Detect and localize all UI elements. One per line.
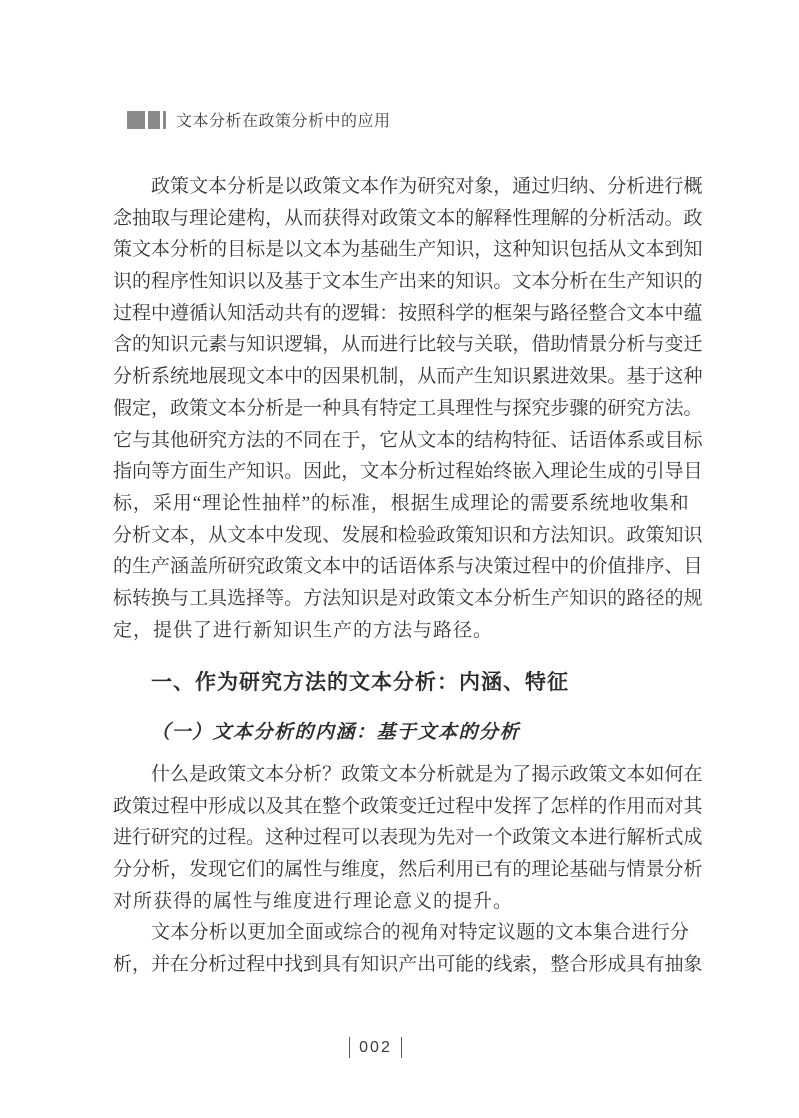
text-line: 定，提供了进行新知识生产的方法与路径。 [113, 615, 689, 647]
running-head-title: 文本分析在政策分析中的应用 [176, 108, 391, 131]
text-line: 对所获得的属性与维度进行理论意义的提升。 [113, 886, 689, 918]
text-line: 标转换与工具选择等。方法知识是对政策文本分析生产知识的路径的规 [113, 583, 689, 615]
page-number: 002 [359, 1039, 392, 1057]
paragraph-3: 文本分析以更加全面或综合的视角对特定议题的文本集合进行分 析，并在分析过程中找到… [113, 917, 689, 980]
text-line: 标，采用“理论性抽样”的标准，根据生成理论的需要系统地收集和 [113, 488, 689, 520]
text-line: 假定，政策文本分析是一种具有特定工具理性与探究步骤的研究方法。 [113, 393, 689, 425]
text-line: 识的程序性知识以及基于文本生产出来的知识。文本分析在生产知识的 [113, 266, 689, 298]
footer-rule-left [349, 1037, 351, 1058]
text-line: 念抽取与理论建构，从而获得对政策文本的解释性理解的分析活动。政 [113, 203, 689, 235]
paragraph-2: 什么是政策文本分析？政策文本分析就是为了揭示政策文本如何在 政策过程中形成以及其… [113, 759, 689, 917]
subsection-heading: （一）文本分析的内涵：基于文本的分析 [113, 717, 727, 744]
footer-rule-right [401, 1037, 403, 1058]
text-line: 含的知识元素与知识逻辑，从而进行比较与关联，借助情景分析与变迁 [113, 329, 689, 361]
section-heading: 一、作为研究方法的文本分析：内涵、特征 [113, 666, 727, 696]
header-small-square-icon [148, 111, 160, 129]
text-line: 分分析，发现它们的属性与维度，然后利用已有的理论基础与情景分析 [113, 854, 689, 886]
text-line: 分析系统地展现文本中的因果机制，从而产生知识累进效果。基于这种 [113, 361, 689, 393]
header-bar-icon [163, 111, 166, 129]
text-line: 过程中遵循认知活动共有的逻辑：按照科学的框架与路径整合文本中蕴 [113, 298, 689, 330]
text-line: 什么是政策文本分析？政策文本分析就是为了揭示政策文本如何在 [113, 759, 689, 791]
text-line: 分析文本，从文本中发现、发展和检验政策知识和方法知识。政策知识 [113, 520, 689, 552]
book-page: 文本分析在政策分析中的应用 政策文本分析是以政策文本作为研究对象，通过归纳、分析… [0, 0, 799, 1118]
text-line: 它与其他研究方法的不同在于，它从文本的结构特征、话语体系或目标 [113, 425, 689, 457]
text-line: 指向等方面生产知识。因此，文本分析过程始终嵌入理论生成的引导目 [113, 456, 689, 488]
page-footer: 002 [0, 1037, 751, 1058]
paragraph-1: 政策文本分析是以政策文本作为研究对象，通过归纳、分析进行概 念抽取与理论建构，从… [113, 171, 689, 646]
text-line: 政策文本分析是以政策文本作为研究对象，通过归纳、分析进行概 [113, 171, 689, 203]
text-line: 文本分析以更加全面或综合的视角对特定议题的文本集合进行分 [113, 917, 689, 949]
text-line: 进行研究的过程。这种过程可以表现为先对一个政策文本进行解析式成 [113, 822, 689, 854]
text-line: 的生产涵盖所研究政策文本中的话语体系与决策过程中的价值排序、目 [113, 551, 689, 583]
header-large-square-icon [127, 111, 145, 129]
running-head: 文本分析在政策分析中的应用 [127, 110, 391, 129]
text-line: 析，并在分析过程中找到具有知识产出可能的线索，整合形成具有抽象 [113, 949, 689, 981]
text-line: 政策过程中形成以及其在整个政策变迁过程中发挥了怎样的作用而对其 [113, 791, 689, 823]
text-line: 策文本分析的目标是以文本为基础生产知识，这种知识包括从文本到知 [113, 234, 689, 266]
